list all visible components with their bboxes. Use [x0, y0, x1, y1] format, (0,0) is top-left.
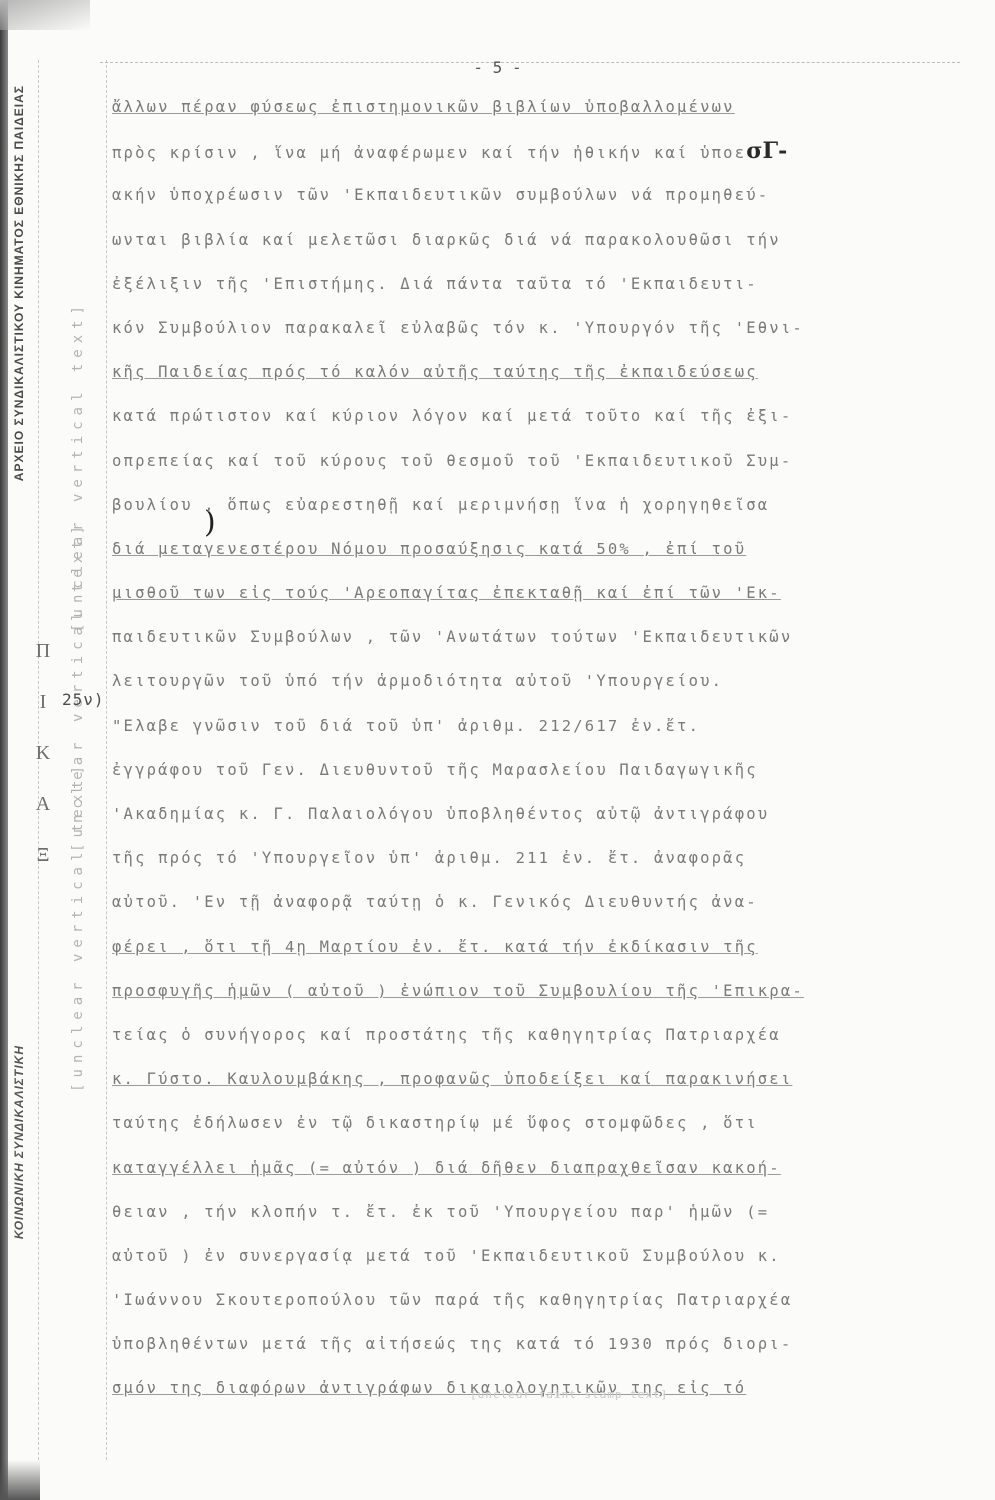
- text-line: κ. Γύστο. Καυλουμβάκης , προφανῶς ὑποδεί…: [112, 1064, 972, 1108]
- text-line-content: κ. Γύστο. Καυλουμβάκης , προφανῶς ὑποδεί…: [112, 1070, 792, 1088]
- text-line-content: καταγγέλλει ἡμᾶς (= αὐτόν ) διά δῆθεν δι…: [112, 1159, 781, 1177]
- text-line: φέρει , ὅτι τῇ 4ῃ Μαρτίου ἐν. ἔτ. κατά τ…: [112, 932, 972, 976]
- text-line-content: φέρει , ὅτι τῇ 4ῃ Μαρτίου ἐν. ἔτ. κατά τ…: [112, 938, 758, 956]
- archive-stamp-bottom: ΚΟΙΝΩΝΙΚΗ ΣΥΝΔΙΚΑΛΙΣΤΙΚΗ: [12, 1045, 32, 1239]
- text-line: καταγγέλλει ἡμᾶς (= αὐτόν ) διά δῆθεν δι…: [112, 1153, 972, 1197]
- text-line: οπρεπείας καί τοῦ κύρους τοῦ θεσμοῦ τοῦ …: [112, 446, 972, 490]
- scan-smudge: [0, 0, 90, 30]
- text-line-content: λειτουργῶν τοῦ ὑπό τήν ἁρμοδιότητα αὐτοῦ…: [112, 672, 723, 690]
- text-line: 'Ιωάννου Σκουτεροπούλου τῶν παρά τῆς καθ…: [112, 1285, 972, 1329]
- text-line: προσφυγῆς ἡμῶν ( αὐτοῦ ) ἐνώπιον τοῦ Συμ…: [112, 976, 972, 1020]
- text-line: ἐξέλιξιν τῆς 'Επιστήμης. Διά πάντα ταῦτα…: [112, 269, 972, 313]
- margin-rule-inner: [106, 60, 107, 1460]
- margin-letter: Π: [36, 640, 50, 663]
- text-line-content: ταύτης ἐδήλωσεν ἐν τῷ δικαστηρίῳ μέ ὕφος…: [112, 1114, 758, 1132]
- text-line-content: αὐτοῦ. 'Εν τῇ ἀναφορᾷ ταύτῃ ὁ κ. Γενικός…: [112, 893, 758, 911]
- text-line-content: κόν Συμβούλιον παρακαλεῖ εὐλαβῶς τόν κ. …: [112, 319, 804, 337]
- margin-vertical-annotation: [unclear vertical text]: [70, 760, 88, 1092]
- text-line-content: ἄλλων πέραν φύσεως ἐπιστημονικῶν βιβλίων…: [112, 98, 735, 116]
- text-line-content: τείας ὁ συνήγορος καί προστάτης τῆς καθη…: [112, 1026, 781, 1044]
- text-line-content: ὑποβληθέντων μετά τῆς αἰτήσεώς της κατά …: [112, 1335, 792, 1353]
- text-line-content: οπρεπείας καί τοῦ κύρους τοῦ θεσμοῦ τοῦ …: [112, 452, 792, 470]
- text-line-content: διά μεταγενεστέρου Νόμου προσαύξησις κατ…: [112, 540, 746, 558]
- text-line: αὐτοῦ. 'Εν τῇ ἀναφορᾷ ταύτῃ ὁ κ. Γενικός…: [112, 887, 972, 931]
- text-line: κῆς Παιδείας πρός τό καλόν αὐτῆς ταύτης …: [112, 357, 972, 401]
- binding-shadow: [0, 1460, 40, 1500]
- text-line-content: ἐξέλιξιν τῆς 'Επιστήμης. Διά πάντα ταῦτα…: [112, 275, 758, 293]
- text-line-content: πρὸς κρίσιν , ἵνα μή ἀναφέρωμεν καί τήν …: [112, 144, 746, 162]
- text-line: κόν Συμβούλιον παρακαλεῖ εὐλαβῶς τόν κ. …: [112, 313, 972, 357]
- item-number-label: 25ν): [62, 690, 105, 709]
- text-line: τείας ὁ συνήγορος καί προστάτης τῆς καθη…: [112, 1020, 972, 1064]
- faint-stamp-bottom: [unclear faint stamp text]: [470, 1388, 668, 1401]
- text-line: "Ελαβε γνῶσιν τοῦ διά τοῦ ὑπ' ἀριθμ. 212…: [112, 711, 972, 755]
- text-line: διά μεταγενεστέρου Νόμου προσαύξησις κατ…: [112, 534, 972, 578]
- archive-stamp-top: ΑΡΧΕΙΟ ΣΥΝΔΙΚΑΛΙΣΤΙΚΟΥ ΚΙΝΗΜΑΤΟΣ ΕΘΝΙΚΗΣ…: [12, 85, 32, 481]
- text-line-content: βουλίου , ὅπως εὐαρεστηθῇ καί μεριμνήσῃ …: [112, 496, 769, 514]
- text-line: λειτουργῶν τοῦ ὑπό τήν ἁρμοδιότητα αὐτοῦ…: [112, 666, 972, 710]
- text-line-content: 'Ακαδημίας κ. Γ. Παλαιολόγου ὑποβληθέντο…: [112, 805, 769, 823]
- handwritten-correction: σΓ-: [746, 138, 787, 164]
- text-line: βουλίου , ὅπως εὐαρεστηθῇ καί μεριμνήσῃ …: [112, 490, 972, 534]
- text-line: ἄλλων πέραν φύσεως ἐπιστημονικῶν βιβλίων…: [112, 92, 972, 136]
- text-line: πρὸς κρίσιν , ἵνα μή ἀναφέρωμεν καί τήν …: [112, 136, 972, 180]
- text-line-content: "Ελαβε γνῶσιν τοῦ διά τοῦ ὑπ' ἀριθμ. 212…: [112, 717, 700, 735]
- text-line: ωνται βιβλία καί μελετῶσι διαρκῶς διά νά…: [112, 225, 972, 269]
- text-line-content: κατά πρώτιστον καί κύριον λόγον καί μετά…: [112, 407, 792, 425]
- margin-big-letters: Ξ Α Κ Ι Π: [28, 640, 58, 867]
- text-line-content: τῆς πρός τό 'Υπουργεῖον ὑπ' ἀριθμ. 211 ἐ…: [112, 849, 746, 867]
- margin-letter: Ξ: [37, 844, 50, 867]
- text-line-content: κῆς Παιδείας πρός τό καλόν αὐτῆς ταύτης …: [112, 363, 758, 381]
- text-line-content: παιδευτικῶν Συμβούλων , τῶν 'Ανωτάτων το…: [112, 628, 792, 646]
- text-line: ἐγγράφου τοῦ Γεν. Διευθυντοῦ τῆς Μαρασλε…: [112, 755, 972, 799]
- text-line-content: αὐτοῦ ) ἐν συνεργασίᾳ μετά τοῦ 'Εκπαιδευ…: [112, 1247, 781, 1265]
- binding-edge: [0, 0, 8, 1500]
- text-line-content: μισθοῦ των εἰς τούς 'Αρεοπαγίτας ἐπεκταθ…: [112, 584, 781, 602]
- text-line-content: προσφυγῆς ἡμῶν ( αὐτοῦ ) ἐνώπιον τοῦ Συμ…: [112, 982, 804, 1000]
- text-line: θειαν , τήν κλοπήν τ. ἔτ. ἐκ τοῦ 'Υπουργ…: [112, 1197, 972, 1241]
- typewritten-body: ἄλλων πέραν φύσεως ἐπιστημονικῶν βιβλίων…: [112, 92, 972, 1418]
- text-line: κατά πρώτιστον καί κύριον λόγον καί μετά…: [112, 401, 972, 445]
- text-line: ταύτης ἐδήλωσεν ἐν τῷ δικαστηρίῳ μέ ὕφος…: [112, 1108, 972, 1152]
- margin-letter: Κ: [36, 742, 50, 765]
- text-line: τῆς πρός τό 'Υπουργεῖον ὑπ' ἀριθμ. 211 ἐ…: [112, 843, 972, 887]
- text-line-content: θειαν , τήν κλοπήν τ. ἔτ. ἐκ τοῦ 'Υπουργ…: [112, 1203, 769, 1221]
- text-line: ακήν ὑποχρέωσιν τῶν 'Εκπαιδευτικῶν συμβο…: [112, 180, 972, 224]
- margin-letter: Ι: [40, 691, 47, 714]
- text-line-content: ἐγγράφου τοῦ Γεν. Διευθυντοῦ τῆς Μαρασλε…: [112, 761, 758, 779]
- text-line: παιδευτικῶν Συμβούλων , τῶν 'Ανωτάτων το…: [112, 622, 972, 666]
- text-line: ὑποβληθέντων μετά τῆς αἰτήσεώς της κατά …: [112, 1329, 972, 1373]
- text-line: 'Ακαδημίας κ. Γ. Παλαιολόγου ὑποβληθέντο…: [112, 799, 972, 843]
- page-number: - 5 -: [0, 58, 995, 77]
- text-line-content: ωνται βιβλία καί μελετῶσι διαρκῶς διά νά…: [112, 231, 781, 249]
- margin-letter: Α: [36, 793, 50, 816]
- text-line-content: ακήν ὑποχρέωσιν τῶν 'Εκπαιδευτικῶν συμβο…: [112, 186, 769, 204]
- text-line: αὐτοῦ ) ἐν συνεργασίᾳ μετά τοῦ 'Εκπαιδευ…: [112, 1241, 972, 1285]
- text-line: μισθοῦ των εἰς τούς 'Αρεοπαγίτας ἐπεκταθ…: [112, 578, 972, 622]
- text-line-content: 'Ιωάννου Σκουτεροπούλου τῶν παρά τῆς καθ…: [112, 1291, 792, 1309]
